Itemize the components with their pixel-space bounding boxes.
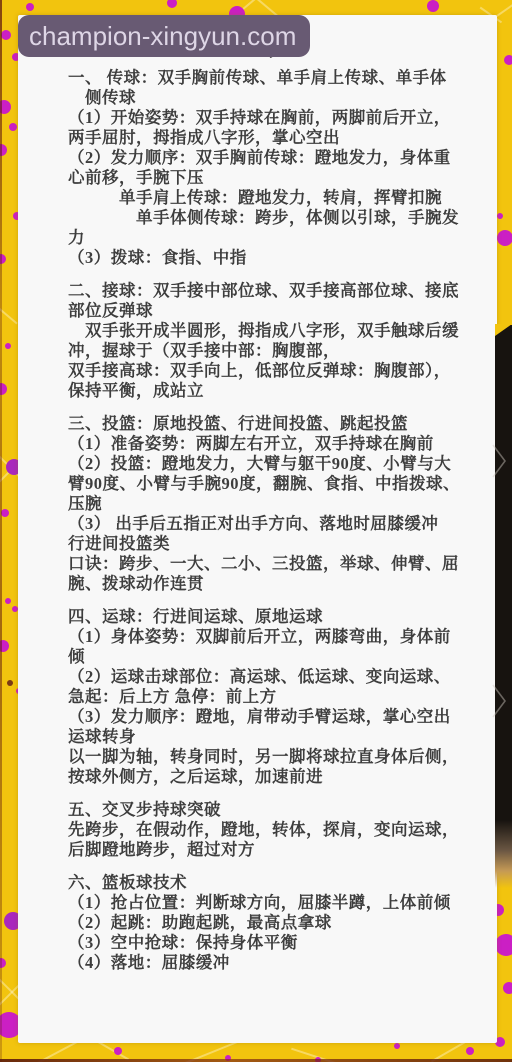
text-line: 口诀：跨步、一大、二小、三投篮，举球、伸臂、屈 bbox=[68, 554, 461, 574]
decor-dot bbox=[5, 598, 11, 604]
text-line: （1）抢占位置：判断球方向，屈膝半蹲，上体前倾 bbox=[68, 893, 461, 913]
text-line: 双手张开成半圆形，拇指成八字形，双手触球后缓 bbox=[68, 321, 461, 341]
text-line: 四、运球：行进间运球、原地运球 bbox=[68, 607, 461, 627]
decor-dot bbox=[114, 1047, 122, 1055]
text-line: （4）落地：屈膝缓冲 bbox=[68, 953, 461, 973]
text-line: 两手屈肘，拇指成八字形，掌心空出 bbox=[68, 128, 461, 148]
text-line: （2）发力顺序：双手胸前传球：蹬地发力，身体重 bbox=[68, 148, 461, 168]
decor-dot bbox=[1, 509, 9, 517]
text-line bbox=[68, 401, 461, 414]
text-line: 腕、拨球动作连贯 bbox=[68, 574, 461, 594]
text-line: 一、 传球：双手胸前传球、单手肩上传球、单手体 bbox=[68, 68, 461, 88]
text-line: 双手接高球：双手向上，低部位反弹球：胸腹部）， bbox=[68, 361, 461, 381]
chevron-right-icon bbox=[491, 683, 507, 719]
frame-edge-left bbox=[0, 0, 2, 1062]
text-line bbox=[68, 787, 461, 800]
document-page: 篮球 一、 传球：双手胸前传球、单手肩上传球、单手体 侧传球（1）开始姿势：双手… bbox=[18, 15, 497, 1043]
chevron-right-icon bbox=[491, 443, 507, 479]
text-line: 冲，握球于（双手接中部：胸腹部， bbox=[68, 341, 461, 361]
text-line: 运球转身 bbox=[68, 727, 461, 747]
text-line: （3）发力顺序：蹬地，肩带动手臂运球，掌心空出 bbox=[68, 707, 461, 727]
decor-dot bbox=[495, 934, 512, 956]
text-line: （3）拨球：食指、中指 bbox=[68, 248, 461, 268]
decor-dot bbox=[503, 982, 512, 994]
decor-dot bbox=[9, 123, 17, 131]
text-line: （2）投篮：蹬地发力，大臂与躯干90度、小臂与大 bbox=[68, 454, 461, 474]
text-line: （2）起跳：助跑起跳，最高点拿球 bbox=[68, 913, 461, 933]
decor-dot bbox=[5, 343, 11, 349]
decor-dot bbox=[26, 3, 34, 11]
text-line: 单手体侧传球：跨步，体侧以引球，手腕发 bbox=[68, 208, 461, 228]
text-line: 侧传球 bbox=[68, 88, 461, 108]
text-line: （3） 出手后五指正对出手方向、落地时屈膝缓冲 bbox=[68, 514, 461, 534]
text-line: 急起：后上方 急停：前上方 bbox=[68, 687, 461, 707]
text-line: 按球外侧方，之后运球，加速前进 bbox=[68, 767, 461, 787]
text-line: （2）运球击球部位：高运球、低运球、变向运球、 bbox=[68, 667, 461, 687]
text-line: （3）空中抢球：保持身体平衡 bbox=[68, 933, 461, 953]
text-line: （1）身体姿势：双脚前后开立，两膝弯曲，身体前 bbox=[68, 627, 461, 647]
text-line: （1）准备姿势：两脚左右开立，双手持球在胸前 bbox=[68, 434, 461, 454]
decor-dot bbox=[394, 1043, 400, 1049]
text-line: 压腕 bbox=[68, 494, 461, 514]
video-letterbox-strip bbox=[495, 325, 512, 820]
text-line: 六、篮板球技术 bbox=[68, 873, 461, 893]
text-line: 保持平衡，成站立 bbox=[68, 381, 461, 401]
letterbox-fade bbox=[495, 820, 512, 888]
text-line: 二、接球：双手接中部位球、双手接高部位球、接底 bbox=[68, 281, 461, 301]
text-line: 三、投篮：原地投篮、行进间投篮、跳起投篮 bbox=[68, 414, 461, 434]
text-line bbox=[68, 594, 461, 607]
text-line: 五、交叉步持球突破 bbox=[68, 800, 461, 820]
text-line: 行进间投篮类 bbox=[68, 534, 461, 554]
text-line: 力 bbox=[68, 228, 461, 248]
decor-dot bbox=[466, 1047, 474, 1055]
text-line: 部位反弹球 bbox=[68, 301, 461, 321]
text-line: 后脚蹬地跨步，超过对方 bbox=[68, 840, 461, 860]
decor-dot bbox=[7, 680, 13, 686]
text-line: 单手肩上传球：蹬地发力，转肩，挥臂扣腕 bbox=[68, 188, 461, 208]
text-line: 倾 bbox=[68, 647, 461, 667]
text-line bbox=[68, 860, 461, 873]
decor-dot bbox=[427, 0, 439, 12]
text-line: （1）开始姿势：双手持球在胸前，两脚前后开立， bbox=[68, 108, 461, 128]
text-line bbox=[68, 268, 461, 281]
text-line: 臂90度、小臂与手腕90度，翻腕、食指、中指拨球、 bbox=[68, 474, 461, 494]
decor-dot bbox=[497, 230, 512, 246]
text-line: 心前移，手腕下压 bbox=[68, 168, 461, 188]
decor-dot bbox=[497, 213, 503, 219]
watermark-badge: champion-xingyun.com bbox=[18, 15, 310, 57]
text-line: 以一脚为轴，转身同时，另一脚将球拉直身体后侧， bbox=[68, 747, 461, 767]
decor-dot bbox=[504, 55, 512, 65]
watermark-text: champion-xingyun.com bbox=[29, 21, 296, 51]
decor-dot bbox=[1, 30, 11, 40]
text-line: 先跨步，在假动作，蹬地，转体，探肩，变向运球， bbox=[68, 820, 461, 840]
decor-dot bbox=[167, 0, 177, 8]
document-body: 一、 传球：双手胸前传球、单手肩上传球、单手体 侧传球（1）开始姿势：双手持球在… bbox=[18, 63, 497, 973]
